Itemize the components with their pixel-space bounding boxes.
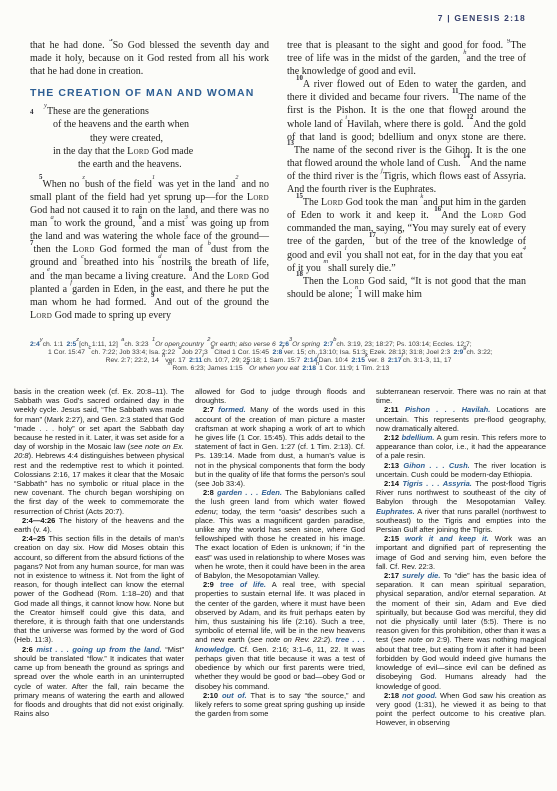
note-paragraph: 2:4–25 This section fills in the details… bbox=[14, 534, 184, 644]
running-head: 7 | GENESIS 2:18 bbox=[438, 13, 526, 23]
study-notes-section: basis in the creation week (cf. Ex. 20:8… bbox=[14, 387, 546, 791]
note-paragraph: 2:7 formed. Many of the words used in th… bbox=[195, 405, 365, 488]
crossref-line: 2:4ych. 1:1 2:5z[ch. 1:11, 12] ach. 3:23… bbox=[30, 341, 527, 349]
note-paragraph: 2:4—4:26 The history of the heavens and … bbox=[14, 516, 184, 534]
poetry-block: 4 yThese are the generations of the heav… bbox=[30, 105, 269, 170]
crossref-line: mRom. 6:23; James 1:15 4Or when you eat … bbox=[30, 365, 527, 373]
poetry-line: the earth and the heavens. bbox=[44, 158, 269, 171]
poetry-line: they were created, bbox=[44, 132, 269, 145]
section-heading: THE CREATION OF MAN AND WOMAN bbox=[30, 87, 269, 100]
bible-column-right: tree that is pleasant to the sight and g… bbox=[287, 39, 526, 339]
cross-reference-block: 2:4ych. 1:1 2:5z[ch. 1:11, 12] ach. 3:23… bbox=[30, 341, 527, 373]
note-paragraph: 2:14 Tigris . . . Assyria. The post-floo… bbox=[376, 479, 546, 534]
bible-page: 7 | GENESIS 2:18 that he had done. 3So G… bbox=[0, 0, 557, 791]
verse-paragraph: 15The Lord God took the man kand put him… bbox=[287, 196, 526, 275]
notes-column-3: subterranean reservoir. There was no rai… bbox=[376, 387, 546, 791]
notes-column-2: allowed for God to judge through floods … bbox=[195, 387, 365, 791]
note-paragraph: subterranean reservoir. There was no rai… bbox=[376, 387, 546, 405]
note-paragraph: 2:10 out of. That is to say “the source,… bbox=[195, 691, 365, 719]
note-paragraph: 2:6 mist . . . going up from the land. “… bbox=[14, 645, 184, 719]
poetry-line: yThese are the generations bbox=[44, 105, 269, 118]
verse-paragraph: that he had done. 3So God blessed the se… bbox=[30, 39, 269, 78]
bible-text-section: that he had done. 3So God blessed the se… bbox=[30, 39, 527, 339]
verse-number: 4 bbox=[30, 106, 34, 119]
note-paragraph: 2:18 not good. When God saw his creation… bbox=[376, 691, 546, 728]
note-paragraph: allowed for God to judge through floods … bbox=[195, 387, 365, 405]
verse-paragraph: 10A river flowed out of Eden to water th… bbox=[287, 78, 526, 196]
note-paragraph: 2:13 Gihon . . . Cush. The river locatio… bbox=[376, 461, 546, 479]
verse-paragraph: 5When no zbush of the field1 was yet in … bbox=[30, 178, 269, 322]
poetry-line: in the day that the Lord God made bbox=[44, 145, 269, 158]
crossref-line: Rev. 2:7; 22:2, 14 hver. 17 2:11ich. 10:… bbox=[30, 357, 527, 365]
verse-paragraph: tree that is pleasant to the sight and g… bbox=[287, 39, 526, 78]
note-paragraph: 2:12 bdellium. A gum resin. This refers … bbox=[376, 433, 546, 461]
note-paragraph: 2:17 surely die. To “die” has the basic … bbox=[376, 571, 546, 691]
crossref-line: 1 Cor. 15:47 cch. 7:22; Job 33:4; Isa. 2… bbox=[30, 349, 527, 357]
page-ref: 7 | GENESIS 2:18 bbox=[438, 13, 526, 23]
notes-column-1: basis in the creation week (cf. Ex. 20:8… bbox=[14, 387, 184, 791]
poetry-line: of the heavens and the earth when bbox=[44, 118, 269, 131]
note-paragraph: 2:8 garden . . . Eden. The Babylonians c… bbox=[195, 488, 365, 580]
note-paragraph: 2:9 tree of life. A real tree, with spec… bbox=[195, 580, 365, 690]
note-paragraph: 2:11 Pishon . . . Havilah. Locations are… bbox=[376, 405, 546, 433]
note-paragraph: 2:15 work it and keep it. Work was an im… bbox=[376, 534, 546, 571]
verse-paragraph: 18Then the Lord God said, “It is not goo… bbox=[287, 275, 526, 301]
note-paragraph: basis in the creation week (cf. Ex. 20:8… bbox=[14, 387, 184, 516]
bible-column-left: that he had done. 3So God blessed the se… bbox=[30, 39, 269, 339]
